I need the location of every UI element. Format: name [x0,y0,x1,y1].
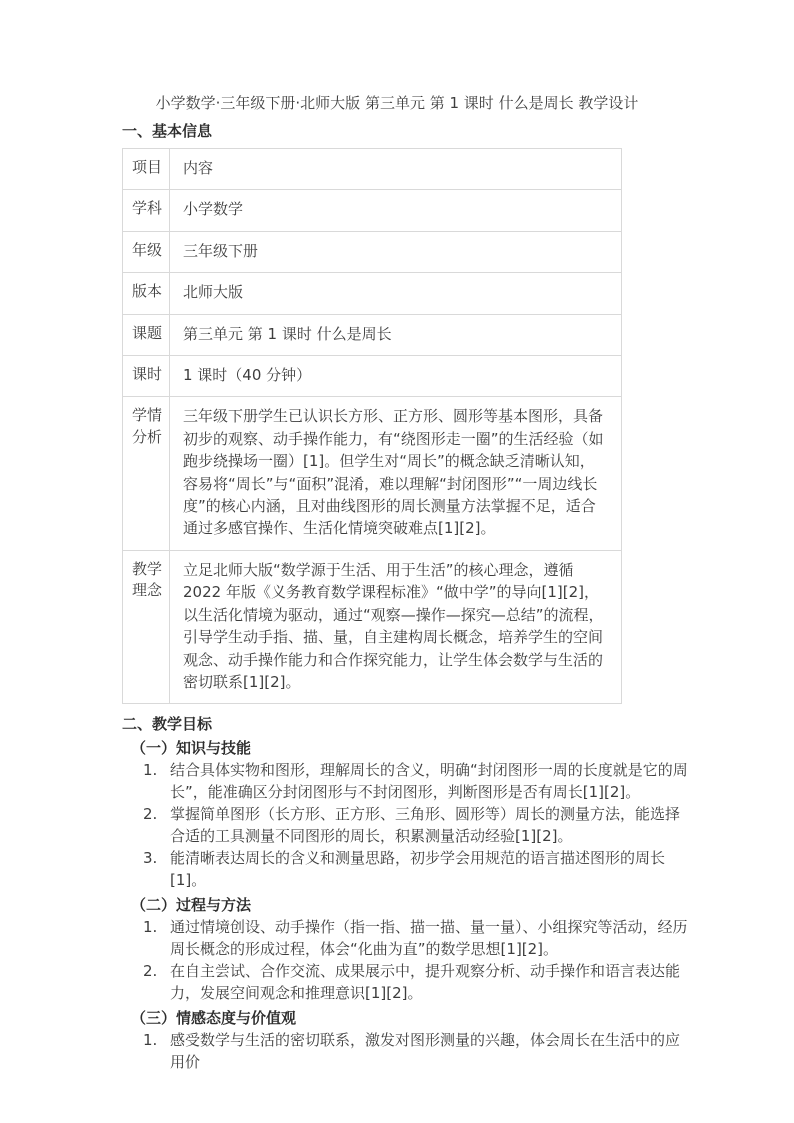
row-value: 1 课时（40 分钟） [170,356,622,397]
item-number: 2. [140,961,170,1004]
table-row: 版本北师大版 [123,273,622,314]
list-item: 3.能清晰表达周长的含义和测量思路，初步学会用规范的语言描述图形的周长[1]。 [140,848,689,891]
section-heading-teaching-goals: 二、教学目标 [122,714,689,734]
document-page: 小学数学·三年级下册·北师大版 第三单元 第 1 课时 什么是周长 教学设计 一… [0,0,794,1123]
table-row: 学情分析三年级下册学生已认识长方形、正方形、圆形等基本图形，具备初步的观察、动手… [123,397,622,550]
list-item: 2.在自主尝试、合作交流、成果展示中，提升观察分析、动手操作和语言表达能力，发展… [140,961,689,1004]
row-value: 三年级下册学生已认识长方形、正方形、圆形等基本图形，具备初步的观察、动手操作能力… [170,397,622,550]
item-number: 1. [140,760,170,803]
item-text: 在自主尝试、合作交流、成果展示中，提升观察分析、动手操作和语言表达能力，发展空间… [170,961,689,1004]
row-label: 课题 [123,314,170,355]
row-label: 项目 [123,149,170,190]
list-item: 1.结合具体实物和图形，理解周长的含义，明确“封闭图形一周的长度就是它的周长”，… [140,760,689,803]
document-content: 一、基本信息 项目内容学科小学数学年级三年级下册版本北师大版课题第三单元 第 1… [122,121,689,1073]
row-value: 北师大版 [170,273,622,314]
row-value: 立足北师大版“数学源于生活、用于生活”的核心理念，遵循 2022 年版《义务教育… [170,550,622,703]
table-row: 教学理念立足北师大版“数学源于生活、用于生活”的核心理念，遵循 2022 年版《… [123,550,622,703]
row-label: 教学理念 [123,550,170,703]
item-number: 1. [140,917,170,960]
item-text: 掌握简单图形（长方形、正方形、三角形、圆形等）周长的测量方法，能选择合适的工具测… [170,804,689,847]
row-value: 小学数学 [170,190,622,231]
table-row: 课时1 课时（40 分钟） [123,356,622,397]
list-item: 2.掌握简单图形（长方形、正方形、三角形、圆形等）周长的测量方法，能选择合适的工… [140,804,689,847]
table-row: 课题第三单元 第 1 课时 什么是周长 [123,314,622,355]
subsection-heading: （二）过程与方法 [122,894,689,916]
list-item: 1.通过情境创设、动手操作（指一指、描一描、量一量）、小组探究等活动，经历周长概… [140,917,689,960]
item-text: 通过情境创设、动手操作（指一指、描一描、量一量）、小组探究等活动，经历周长概念的… [170,917,689,960]
row-label: 学科 [123,190,170,231]
teaching-goals-body: （一）知识与技能1.结合具体实物和图形，理解周长的含义，明确“封闭图形一周的长度… [122,737,689,1073]
row-label: 学情分析 [123,397,170,550]
doc-title: 小学数学·三年级下册·北师大版 第三单元 第 1 课时 什么是周长 教学设计 [0,0,794,113]
basic-info-table: 项目内容学科小学数学年级三年级下册版本北师大版课题第三单元 第 1 课时 什么是… [122,148,622,704]
table-row: 学科小学数学 [123,190,622,231]
table-row: 年级三年级下册 [123,231,622,272]
row-label: 年级 [123,231,170,272]
subsection-heading: （三）情感态度与价值观 [122,1007,689,1029]
subsection-heading: （一）知识与技能 [122,737,689,759]
item-number: 3. [140,848,170,891]
item-text: 能清晰表达周长的含义和测量思路，初步学会用规范的语言描述图形的周长[1]。 [170,848,689,891]
table-row: 项目内容 [123,149,622,190]
row-value: 内容 [170,149,622,190]
row-value: 第三单元 第 1 课时 什么是周长 [170,314,622,355]
item-number: 2. [140,804,170,847]
section-heading-basic-info: 一、基本信息 [122,121,689,141]
item-text: 感受数学与生活的密切联系，激发对图形测量的兴趣，体会周长在生活中的应用价 [170,1030,689,1073]
row-label: 版本 [123,273,170,314]
item-number: 1. [140,1030,170,1073]
row-value: 三年级下册 [170,231,622,272]
item-text: 结合具体实物和图形，理解周长的含义，明确“封闭图形一周的长度就是它的周长”，能准… [170,760,689,803]
row-label: 课时 [123,356,170,397]
list-item: 1.感受数学与生活的密切联系，激发对图形测量的兴趣，体会周长在生活中的应用价 [140,1030,689,1073]
